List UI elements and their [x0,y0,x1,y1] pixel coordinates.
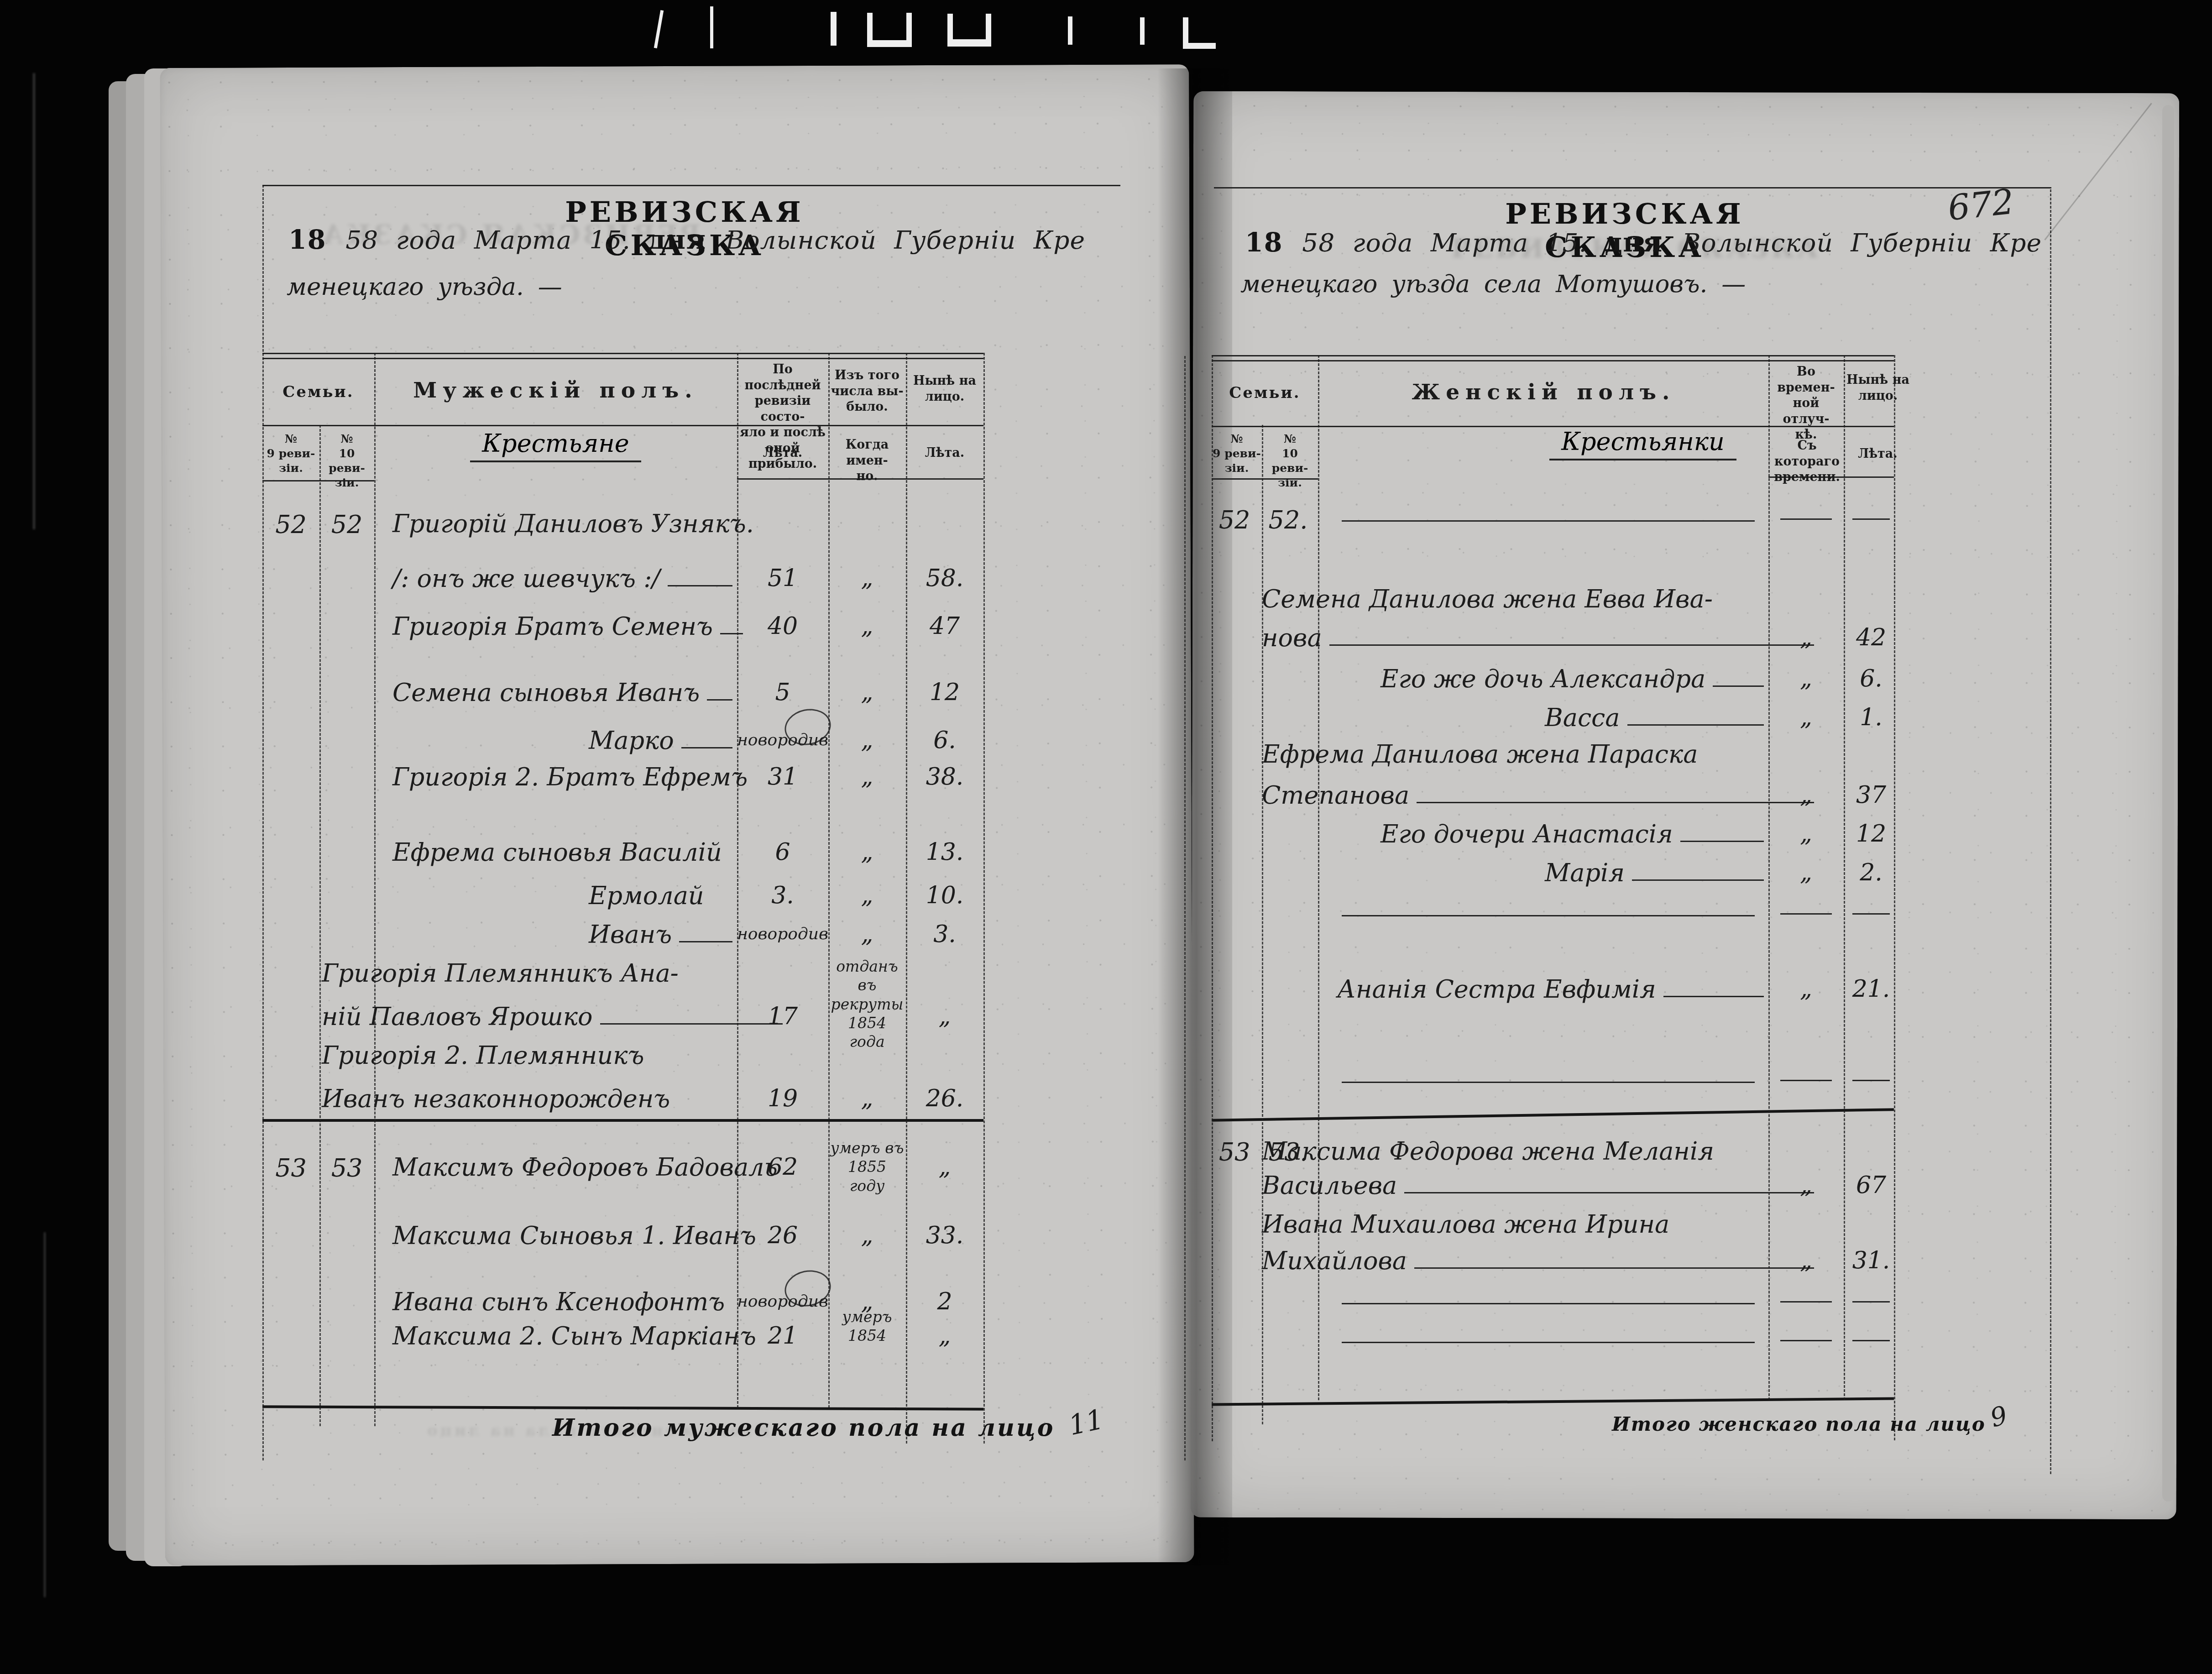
film-counter-fragment [1068,16,1072,45]
cell-now: 21. [1844,961,1898,1012]
cell-out: „ [828,598,906,649]
subcol-rev10: № 10 реви- зіи. [319,432,374,490]
col-header-now-present: Нынѣ на лицо. [1844,372,1912,404]
col-header-departed: Изъ того числа вы- было. [828,368,906,415]
film-counter-fragment [654,10,664,48]
table-border [262,353,983,354]
cell-name: Максима 2. Сынъ Маркіанъ [392,1308,737,1359]
cell-out: „ [828,748,906,800]
cell-now: „ [906,1308,983,1359]
subcol-rev10: № 10 реви- зіи. [1262,432,1318,490]
table-row: Ананія Сестра Евфимія„21. [1209,961,1898,1012]
cell-now [1844,885,1898,936]
cell-out: „ [828,1070,906,1121]
cell-now: 58. [906,550,983,601]
subcol-when: Когда имен- но. [828,437,906,485]
margin-rule [2050,189,2051,1474]
film-counter-fragment [1183,17,1188,47]
cell-out: умеръ 1854 [828,1306,906,1357]
cell-out [1768,491,1844,542]
cell-age: 31 [737,748,828,800]
cell-now: 26. [906,1070,983,1121]
cell-out [1768,1052,1844,1103]
cell-rev9: 52 [1209,491,1260,542]
subcol-rev9: № 9 реви- зіи. [1212,432,1262,476]
film-counter-fragment [831,12,837,46]
table-row [1209,1312,1898,1363]
estate-class-label: Крестьяне [374,429,737,462]
right-footer-label: Итого женскаго пола на лицо [1612,1413,1986,1435]
cell-now: 47 [906,598,983,649]
film-counter-fragment [947,39,991,47]
col-header-family: Семьи. [262,382,374,403]
printed-form-text: дня [648,225,726,255]
cell-name: Иванъ незаконнорожденъ [322,1070,787,1121]
cell-name: Ананія Сестра Евфимія [1337,961,1768,1012]
cell-name: Семена сыновья Иванъ [392,664,737,715]
cell-name: Григорія Братъ Семенъ [392,598,737,649]
left-header-date-line: 18 58 года Марта 15. дня Волынской Губер… [288,225,1085,255]
film-counter-fragment [867,40,912,47]
table-border [262,425,983,426]
cell-name [1337,491,1768,542]
cell-rev10: 52 [319,495,374,546]
cell-out: „ [828,1207,906,1258]
left-footer-label: Итого мужескаго пола на лицо [552,1414,1055,1442]
cell-now: 12 [906,664,983,715]
cell-rev9: 53 [262,1139,319,1190]
printed-form-text: 18 [288,225,345,255]
table-border [983,353,985,1444]
printed-form-text: дня [1605,227,1682,258]
cell-name: Григорій Даниловъ Узнякъ. [392,495,737,546]
subcol-years: Лѣта. [737,445,828,461]
folio-number: 672 [1946,181,2016,229]
cell-now: „ [906,1139,983,1190]
table-row [1209,1052,1898,1103]
left-top-rule [262,185,1120,186]
cell-age: 62 [737,1139,828,1190]
film-counter-fragment [1140,17,1145,45]
cell-now [1844,1052,1898,1103]
microfilm-scan: РЕВИЗСКАЯ СКАЗКА РЕВИЗСКАЯ СКАЗКА Итого … [0,0,2212,1674]
table-row: Семена сыновья Иванъ5„12 [262,664,983,715]
right-header-date-line: 18 58 года Марта 15. дня Волынской Губер… [1245,227,2042,258]
cell-out: отданъ въ рекруты 1854 года [828,955,906,1006]
film-counter-fragment [1183,43,1216,49]
subcol-years: Лѣта. [906,445,983,461]
table-border [262,358,983,359]
cell-name [1337,1312,1768,1363]
cell-out [1768,885,1844,936]
right-page-edge [2162,105,2174,1501]
cell-now: 38. [906,748,983,800]
col-header-now-present: Нынѣ на лицо. [906,373,983,405]
cell-name: Максима Сыновья 1. Иванъ [392,1207,737,1258]
handwritten-text: 58 года Марта 15. [345,225,648,255]
cell-now [1844,1312,1898,1363]
handwritten-text: Волынской Губерніи Кре [726,225,1085,255]
left-header-uyezd-line: менецкаго уѣзда. — [287,273,562,301]
subcol-rev9: № 9 реви- зіи. [262,432,319,476]
right-top-rule [1214,187,2051,188]
cell-rev10: 53 [319,1139,374,1190]
table-row: 5353Максимъ Федоровъ Бадоваль62умеръ въ … [262,1139,983,1190]
table-row: 5252Григорій Даниловъ Узнякъ. [262,495,983,546]
right-header-uyezd-line: менецкаго уѣзда села Мотушовъ. — [1240,270,1746,298]
table-border [262,185,264,1460]
col-header-family: Семьи. [1212,383,1318,403]
cell-name: /: онъ же шевчукъ :/ [392,550,737,601]
cell-age: 5 [737,664,828,715]
cell-name: Максимъ Федоровъ Бадоваль [392,1139,737,1190]
table-border [1212,360,1894,361]
cell-now: 33. [906,1207,983,1258]
col-header-female: Женскій полъ. [1319,382,1768,403]
cell-rev9: 52 [262,495,319,546]
cell-age: 21 [737,1308,828,1359]
film-scratch [33,73,35,529]
cell-name [1337,885,1768,936]
col-header-male: Мужескій полъ. [374,380,737,401]
film-scratch [44,1232,46,1597]
cell-name: Григорія 2. Братъ Ефремъ [392,748,737,800]
cell-out: умеръ въ 1855 году [828,1137,906,1188]
table-row: Григорія 2. Братъ Ефремъ31„38. [262,748,983,800]
table-row: Григорія Братъ Семенъ40„47 [262,598,983,649]
table-row: 5252. [1209,491,1898,542]
cell-name [1337,1052,1768,1103]
cell-age: 26 [737,1207,828,1258]
cell-out: „ [828,550,906,601]
cell-rev10: 52. [1260,491,1317,542]
table-border [1212,355,1894,356]
cell-out [1768,1312,1844,1363]
cell-out: „ [1768,961,1844,1012]
cell-age: 40 [737,598,828,649]
table-row: Максима Сыновья 1. Иванъ26„33. [262,1207,983,1258]
cell-now [1844,491,1898,542]
table-row [1209,885,1898,936]
table-row: Максима 2. Сынъ Маркіанъ21умеръ 1854„ [262,1308,983,1359]
estate-class-label: Крестьянки [1483,427,1803,460]
printed-form-text: 18 [1245,227,1302,258]
table-row: Иванъ незаконнорожденъ19„26. [262,1070,983,1121]
subcol-since-when: Съ котораго времени. [1767,438,1847,486]
cell-out: „ [828,664,906,715]
subcol-years: Лѣта. [1845,446,1911,462]
film-counter-fragment [710,6,713,48]
cell-age: 19 [737,1070,828,1121]
handwritten-text: 58 года Марта 15. [1302,228,1605,257]
table-row: /: онъ же шевчукъ :/51„58. [262,550,983,601]
cell-age: 51 [737,550,828,601]
margin-rule [1184,356,1186,1460]
handwritten-text: Волынской Губерніи Кре [1682,228,2042,257]
